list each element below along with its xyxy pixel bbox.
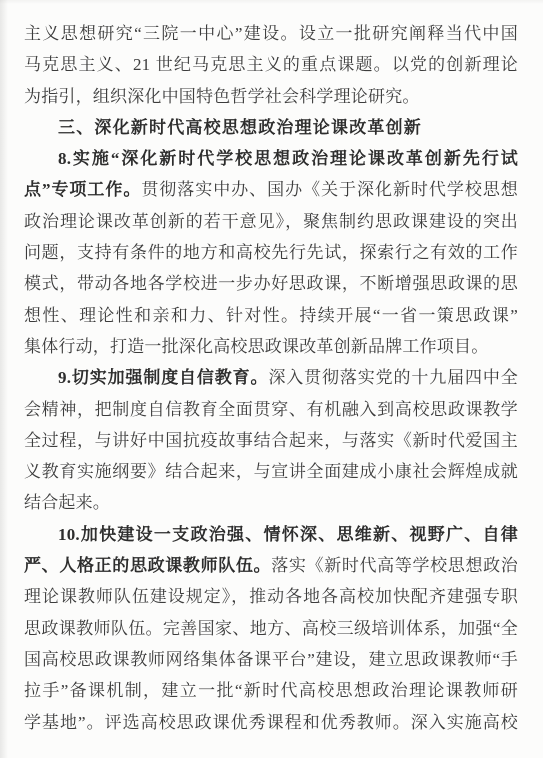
text-run: 为指引，组织深化中国特色哲学社会科学理论研究。 [24,87,420,106]
text-line: 为指引，组织深化中国特色哲学社会科学理论研究。 [24,81,518,112]
text-line: 主义思想研究“三院一中心”建设。设立一批研究阐释当代中国 [24,18,518,49]
text-run: 政治理论课改革创新的若干意见》，聚焦制约思政课建设的突出 [24,212,518,231]
text-line: 结合起来。 [24,487,518,518]
scan-edge-left [0,0,8,758]
text-line: 义教育实施纲要》结合起来，与宣讲全面建成小康社会辉煌成就 [24,456,518,487]
text-run: 国高校思政课教师网络集体备课平台”建设，建立思政课教师“手 [24,650,518,669]
text-line: 8.实施“深化新时代学校思想政治理论课改革创新先行试 [24,143,518,174]
text-line: 马克思主义、21 世纪马克思主义的重点课题。以党的创新理论 [24,49,518,80]
text-run: 马克思主义、21 世纪马克思主义的重点课题。以党的创新理论 [24,55,518,74]
text-run: 想性、理论性和亲和力、针对性。持续开展“一省一策思政课” [24,306,518,325]
section-heading: 三、深化新时代高校思想政治理论课改革创新 [24,112,518,143]
bold-text-run: 9.切实加强制度自信教育。 [58,368,268,387]
bold-text-run: 8.实施“深化新时代学校思想政治理论课改革创新先行试 [58,149,518,168]
text-run: 主义思想研究“三院一中心”建设。设立一批研究阐释当代中国 [24,24,518,43]
text-line: 思政课教师队伍。完善国家、地方、高校三级培训体系，加强“全 [24,613,518,644]
text-run: 会精神，把制度自信教育全面贯穿、有机融入到高校思政课教学 [24,400,518,419]
bold-text-run: 点”专项工作。 [24,180,141,199]
text-run: 模式，带动各地各学校进一步办好思政课，不断增强思政课的思 [24,274,518,293]
text-run: 集体行动，打造一批深化高校思政课改革创新品牌工作项目。 [24,337,488,356]
text-line: 理论课教师队伍建设规定》，推动各地各高校加快配齐建强专职 [24,581,518,612]
bold-text-run: 10.加快建设一支政治强、情怀深、思维新、视野广、自律 [58,525,518,544]
document-page: 主义思想研究“三院一中心”建设。设立一批研究阐释当代中国马克思主义、21 世纪马… [0,0,543,758]
text-run: 拉手”备课机制，建立一批“新时代高校思想政治理论课教师研 [24,681,518,700]
text-line: 学基地”。评选高校思政课优秀课程和优秀教师。深入实施高校 [24,707,518,738]
text-line: 9.切实加强制度自信教育。深入贯彻落实党的十九届四中全 [24,362,518,393]
text-line: 问题，支持有条件的地方和高校先行先试，探索行之有效的工作 [24,237,518,268]
text-line: 政治理论课改革创新的若干意见》，聚焦制约思政课建设的突出 [24,206,518,237]
text-run: 结合起来。 [24,493,110,512]
text-line: 严、人格正的思政课教师队伍。落实《新时代高等学校思想政治 [24,550,518,581]
text-line: 模式，带动各地各学校进一步办好思政课，不断增强思政课的思 [24,268,518,299]
text-run: 思政课教师队伍。完善国家、地方、高校三级培训体系，加强“全 [24,619,518,638]
text-run: 贯彻落实中办、国办《关于深化新时代学校思想 [141,180,518,199]
text-run: 义教育实施纲要》结合起来，与宣讲全面建成小康社会辉煌成就 [24,462,518,481]
text-run: 落实《新时代高等学校思想政治 [271,556,518,575]
bold-text-run: 严、人格正的思政课教师队伍。 [24,556,271,575]
text-run: 理论课教师队伍建设规定》，推动各地各高校加快配齐建强专职 [24,587,518,606]
text-line: 拉手”备课机制，建立一批“新时代高校思想政治理论课教师研 [24,675,518,706]
text-line: 10.加快建设一支政治强、情怀深、思维新、视野广、自律 [24,519,518,550]
text-line: 会精神，把制度自信教育全面贯穿、有机融入到高校思政课教学 [24,394,518,425]
document-text: 主义思想研究“三院一中心”建设。设立一批研究阐释当代中国马克思主义、21 世纪马… [24,18,518,738]
text-run: 问题，支持有条件的地方和高校先行先试，探索行之有效的工作 [24,243,518,262]
text-run: 深入贯彻落实党的十九届四中全 [268,368,518,387]
text-line: 想性、理论性和亲和力、针对性。持续开展“一省一策思政课” [24,300,518,331]
text-run: 全过程，与讲好中国抗疫故事结合起来，与落实《新时代爱国主 [24,431,518,450]
text-line: 集体行动，打造一批深化高校思政课改革创新品牌工作项目。 [24,331,518,362]
text-run: 学基地”。评选高校思政课优秀课程和优秀教师。深入实施高校 [24,713,518,732]
text-line: 全过程，与讲好中国抗疫故事结合起来，与落实《新时代爱国主 [24,425,518,456]
scan-edge-top [0,0,543,4]
text-line: 国高校思政课教师网络集体备课平台”建设，建立思政课教师“手 [24,644,518,675]
bold-text-run: 三、深化新时代高校思想政治理论课改革创新 [58,118,422,137]
text-line: 点”专项工作。贯彻落实中办、国办《关于深化新时代学校思想 [24,174,518,205]
